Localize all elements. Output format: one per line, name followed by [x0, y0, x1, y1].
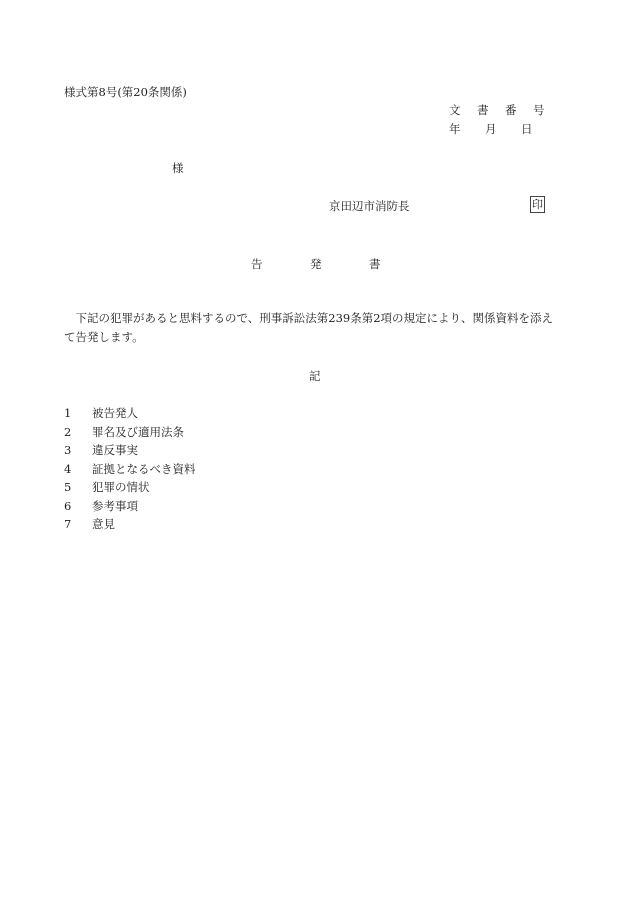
- ki-label: 記: [309, 368, 321, 384]
- seal-mark: 印: [530, 196, 545, 213]
- list-item: 3 違反事実: [64, 441, 196, 460]
- item-label: 証拠となるべき資料: [92, 460, 196, 479]
- item-number: 7: [64, 515, 92, 534]
- list-item: 6 参考事項: [64, 497, 196, 516]
- item-label: 被告発人: [92, 404, 138, 423]
- list-item: 1 被告発人: [64, 404, 196, 423]
- date-month: 月: [485, 121, 521, 137]
- list-item: 2 罪名及び適用法条: [64, 423, 196, 442]
- date-line: 年 月 日: [449, 121, 533, 137]
- title-char: 書: [369, 256, 381, 272]
- title-char: 発: [310, 256, 369, 272]
- date-year: 年: [449, 121, 485, 137]
- item-label: 違反事実: [92, 441, 138, 460]
- item-number: 3: [64, 441, 92, 460]
- addressee-suffix: 様: [172, 160, 184, 176]
- issuer-title: 京田辺市消防長: [329, 198, 410, 214]
- body-paragraph: 下記の犯罪があると思料するので、刑事訴訟法第239条第2項の規定により、関係資料…: [64, 309, 564, 347]
- doc-number-char: 文: [449, 102, 477, 118]
- doc-number-char: 書: [477, 102, 505, 118]
- item-number: 4: [64, 460, 92, 479]
- item-number: 2: [64, 423, 92, 442]
- item-number: 6: [64, 497, 92, 516]
- doc-number-char: 番: [505, 102, 533, 118]
- title-char: 告: [251, 256, 310, 272]
- item-label: 犯罪の情状: [92, 478, 150, 497]
- document-title: 告 発 書: [251, 256, 381, 272]
- document-number-label: 文 書 番 号: [449, 102, 545, 118]
- item-label: 罪名及び適用法条: [92, 423, 184, 442]
- list-item: 7 意見: [64, 515, 196, 534]
- item-number: 1: [64, 404, 92, 423]
- item-list: 1 被告発人 2 罪名及び適用法条 3 違反事実 4 証拠となるべき資料 5 犯…: [64, 404, 196, 534]
- list-item: 4 証拠となるべき資料: [64, 460, 196, 479]
- form-number: 様式第8号(第20条関係): [64, 84, 187, 100]
- item-label: 意見: [92, 515, 115, 534]
- date-day: 日: [521, 121, 533, 137]
- item-label: 参考事項: [92, 497, 138, 516]
- doc-number-char: 号: [533, 102, 545, 118]
- list-item: 5 犯罪の情状: [64, 478, 196, 497]
- item-number: 5: [64, 478, 92, 497]
